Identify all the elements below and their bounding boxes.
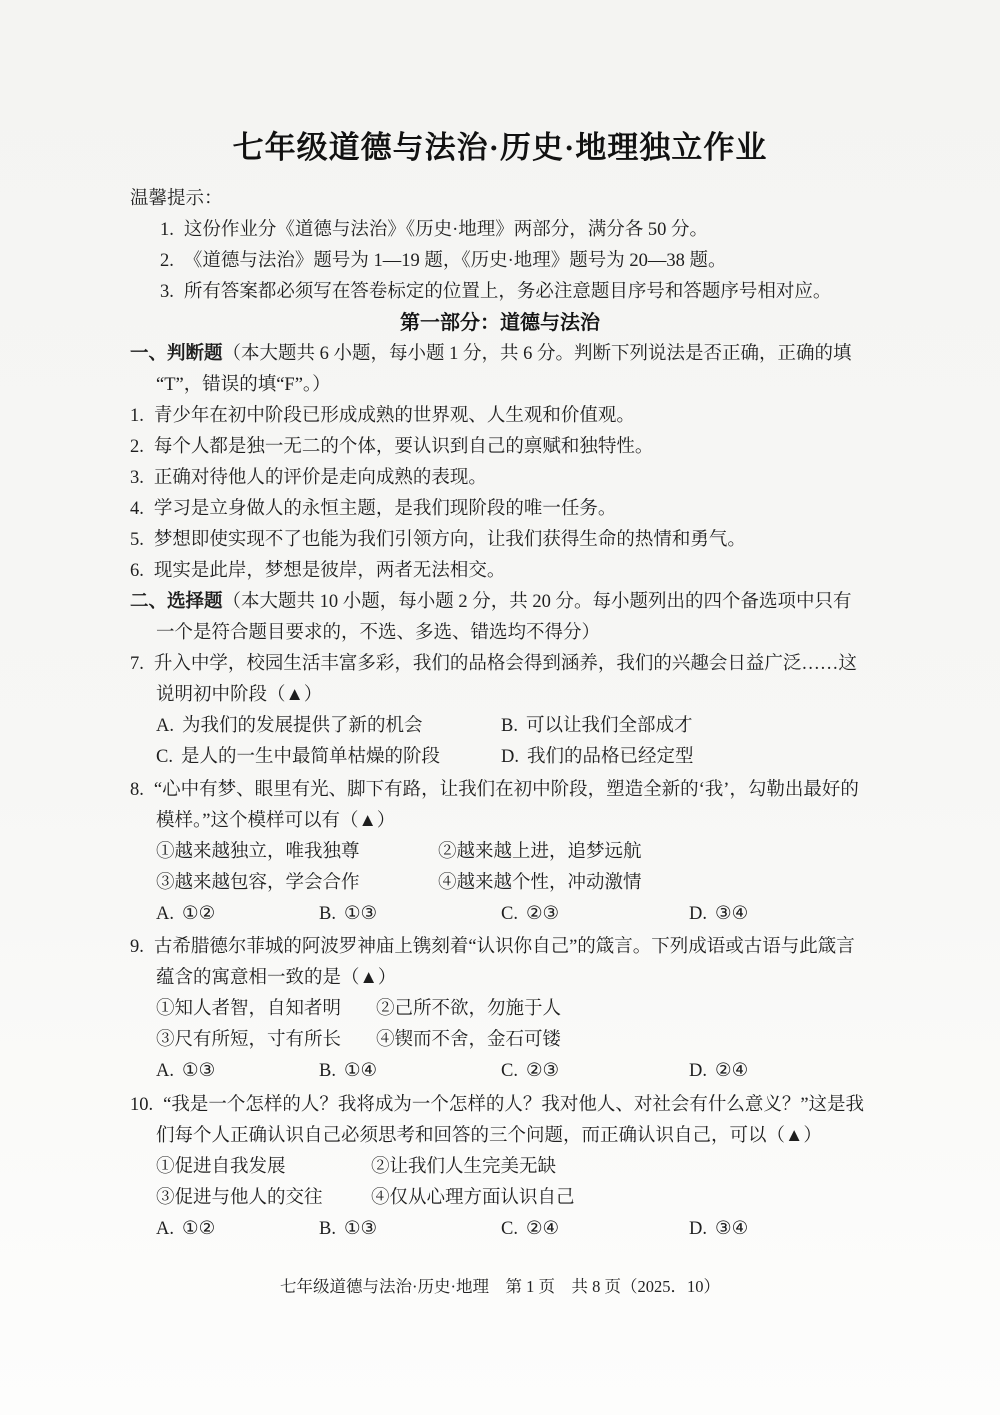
- page-title: 七年级道德与法治·历史·地理独立作业: [130, 126, 870, 170]
- option-text: ①②: [182, 904, 215, 924]
- q9-stem-text: 古希腊德尔菲城的阿波罗神庙上镌刻着“认识你自己”的箴言。下列成语或古语与此箴言蕴…: [154, 937, 855, 988]
- q9-answer-a: A.①③: [156, 1056, 319, 1087]
- q7-options-row-2: C.是人的一生中最简单枯燥的阶段 D.我们的品格已经定型: [130, 742, 870, 773]
- question-number: 6.: [130, 561, 144, 581]
- q8-answer-b: B.①③: [319, 899, 501, 930]
- judge-item-text: 现实是此岸，梦想是彼岸，两者无法相交。: [154, 561, 506, 581]
- q8-stem-text: “心中有梦、眼里有光、脚下有路，让我们在初中阶段，塑造全新的‘我’，勾勒出最好的…: [154, 780, 859, 831]
- judge-item-3: 3.正确对待他人的评价是走向成熟的表现。: [130, 463, 870, 494]
- q8-subitems-row-2: ③越来越包容，学会合作 ④越来越个性，冲动激情: [130, 868, 870, 899]
- notice-item-number: 2.: [160, 251, 174, 271]
- q9-subitem-2: ②己所不欲，勿施于人: [376, 994, 561, 1025]
- question-8: 8.“心中有梦、眼里有光、脚下有路，让我们在初中阶段，塑造全新的‘我’，勾勒出最…: [130, 775, 870, 930]
- q8-subitems-row-1: ①越来越独立，唯我独尊 ②越来越上进，追梦远航: [130, 837, 870, 868]
- q9-subitems-row-2: ③尺有所短，寸有所长 ④锲而不舍，金石可镂: [130, 1025, 870, 1056]
- q9-stem: 9.古希腊德尔菲城的阿波罗神庙上镌刻着“认识你自己”的箴言。下列成语或古语与此箴…: [130, 932, 870, 994]
- q7-stem: 7.升入中学，校园生活丰富多彩，我们的品格会得到涵养，我们的兴趣会日益广泛……这…: [130, 649, 870, 711]
- question-number: 4.: [130, 499, 144, 519]
- choice-section-desc: （本大题共 10 小题，每小题 2 分，共 20 分。每小题列出的四个备选项中只…: [156, 592, 852, 643]
- q9-answer-choices: A.①③ B.①④ C.②③ D.②④: [130, 1056, 870, 1087]
- question-number: 5.: [130, 530, 144, 550]
- q10-stem: 10.“我是一个怎样的人？我将成为一个怎样的人？我对他人、对社会有什么意义？”这…: [130, 1090, 870, 1152]
- judge-item-text: 正确对待他人的评价是走向成熟的表现。: [154, 468, 487, 488]
- notice-label: 温馨提示：: [130, 184, 870, 215]
- notice-item: 1.这份作业分《道德与法治》《历史·地理》两部分，满分各 50 分。: [130, 215, 870, 246]
- notice-item-text: 《道德与法治》题号为 1—19 题，《历史·地理》题号为 20—38 题。: [184, 251, 727, 271]
- option-text: 是人的一生中最简单枯燥的阶段: [181, 747, 440, 767]
- q8-answer-c: C.②③: [501, 899, 689, 930]
- q9-answer-b: B.①④: [319, 1056, 501, 1087]
- notice-item: 2.《道德与法治》题号为 1—19 题，《历史·地理》题号为 20—38 题。: [130, 246, 870, 277]
- notice-item: 3.所有答案都必须写在答卷标定的位置上，务必注意题目序号和答题序号相对应。: [130, 277, 870, 308]
- q8-answer-d: D.③④: [689, 899, 748, 930]
- q10-subitem-4: ④仅从心理方面认识自己: [371, 1183, 575, 1214]
- judge-section-label: 一、判断题: [130, 344, 223, 364]
- option-letter: B.: [319, 904, 336, 924]
- judge-item-1: 1.青少年在初中阶段已形成成熟的世界观、人生观和价值观。: [130, 401, 870, 432]
- question-number: 8.: [130, 780, 144, 800]
- judge-item-text: 青少年在初中阶段已形成成熟的世界观、人生观和价值观。: [154, 406, 635, 426]
- q10-subitem-2: ②让我们人生完美无缺: [371, 1152, 556, 1183]
- option-text: 我们的品格已经定型: [527, 747, 694, 767]
- q9-subitems-row-1: ①知人者智，自知者明 ②己所不欲，勿施于人: [130, 994, 870, 1025]
- option-letter: C.: [501, 1219, 518, 1239]
- question-number: 3.: [130, 468, 144, 488]
- option-text: ②④: [715, 1061, 748, 1081]
- option-text: 为我们的发展提供了新的机会: [182, 716, 423, 736]
- q7-stem-text: 升入中学，校园生活丰富多彩，我们的品格会得到涵养，我们的兴趣会日益广泛……这说明…: [154, 654, 857, 705]
- option-text: ③④: [715, 1219, 748, 1239]
- q9-subitem-3: ③尺有所短，寸有所长: [156, 1025, 376, 1056]
- option-letter: C.: [501, 1061, 518, 1081]
- choice-section-label: 二、选择题: [130, 592, 223, 612]
- option-letter: B.: [501, 716, 518, 736]
- q7-option-b: B.可以让我们全部成才: [501, 711, 692, 742]
- judge-section-desc: （本大题共 6 小题，每小题 1 分，共 6 分。判断下列说法是否正确，正确的填…: [156, 344, 852, 395]
- option-letter: D.: [501, 747, 519, 767]
- option-letter: D.: [689, 1061, 707, 1081]
- option-text: ①③: [344, 904, 377, 924]
- option-text: ③④: [715, 904, 748, 924]
- judge-item-text: 梦想即使实现不了也能为我们引领方向，让我们获得生命的热情和勇气。: [154, 530, 746, 550]
- option-letter: B.: [319, 1061, 336, 1081]
- q8-subitem-3: ③越来越包容，学会合作: [156, 868, 438, 899]
- option-text: ②③: [526, 904, 559, 924]
- notice-item-number: 1.: [160, 220, 174, 240]
- judge-item-5: 5.梦想即使实现不了也能为我们引领方向，让我们获得生命的热情和勇气。: [130, 525, 870, 556]
- judge-item-2: 2.每个人都是独一无二的个体，要认识到自己的禀赋和独特性。: [130, 432, 870, 463]
- question-number: 9.: [130, 937, 144, 957]
- option-letter: A.: [156, 1061, 174, 1081]
- notice-item-text: 这份作业分《道德与法治》《历史·地理》两部分，满分各 50 分。: [184, 220, 708, 240]
- q7-options-row-1: A.为我们的发展提供了新的机会 B.可以让我们全部成才: [130, 711, 870, 742]
- q10-answer-d: D.③④: [689, 1214, 748, 1245]
- question-number: 7.: [130, 654, 144, 674]
- q10-answer-c: C.②④: [501, 1214, 689, 1245]
- option-text: ①②: [182, 1219, 215, 1239]
- option-letter: C.: [156, 747, 173, 767]
- judge-item-6: 6.现实是此岸，梦想是彼岸，两者无法相交。: [130, 556, 870, 587]
- q8-subitem-1: ①越来越独立，唯我独尊: [156, 837, 438, 868]
- choice-intro: 二、选择题（本大题共 10 小题，每小题 2 分，共 20 分。每小题列出的四个…: [130, 587, 870, 649]
- option-letter: D.: [689, 904, 707, 924]
- option-letter: A.: [156, 904, 174, 924]
- judge-intro: 一、判断题（本大题共 6 小题，每小题 1 分，共 6 分。判断下列说法是否正确…: [130, 339, 870, 401]
- option-letter: B.: [319, 1219, 336, 1239]
- option-text: ①③: [344, 1219, 377, 1239]
- q10-stem-text: “我是一个怎样的人？我将成为一个怎样的人？我对他人、对社会有什么意义？”这是我们…: [156, 1095, 864, 1146]
- q9-answer-c: C.②③: [501, 1056, 689, 1087]
- q10-subitem-3: ③促进与他人的交往: [156, 1183, 371, 1214]
- question-7: 7.升入中学，校园生活丰富多彩，我们的品格会得到涵养，我们的兴趣会日益广泛……这…: [130, 649, 870, 773]
- q10-answer-a: A.①②: [156, 1214, 319, 1245]
- notice-item-text: 所有答案都必须写在答卷标定的位置上，务必注意题目序号和答题序号相对应。: [184, 282, 832, 302]
- q10-answer-b: B.①③: [319, 1214, 501, 1245]
- option-text: ②③: [526, 1061, 559, 1081]
- option-text: ①③: [182, 1061, 215, 1081]
- question-number: 2.: [130, 437, 144, 457]
- question-number: 1.: [130, 406, 144, 426]
- judge-item-4: 4.学习是立身做人的永恒主题，是我们现阶段的唯一任务。: [130, 494, 870, 525]
- judge-section: 一、判断题（本大题共 6 小题，每小题 1 分，共 6 分。判断下列说法是否正确…: [130, 339, 870, 587]
- judge-item-text: 学习是立身做人的永恒主题，是我们现阶段的唯一任务。: [154, 499, 617, 519]
- q8-subitem-4: ④越来越个性，冲动激情: [438, 868, 642, 899]
- page-footer: 七年级道德与法治·历史·地理 第 1 页 共 8 页（2025．10）: [130, 1271, 870, 1302]
- question-number: 10.: [130, 1095, 153, 1115]
- question-9: 9.古希腊德尔菲城的阿波罗神庙上镌刻着“认识你自己”的箴言。下列成语或古语与此箴…: [130, 932, 870, 1087]
- q7-option-a: A.为我们的发展提供了新的机会: [156, 711, 501, 742]
- notice-item-number: 3.: [160, 282, 174, 302]
- option-text: ①④: [344, 1061, 377, 1081]
- q10-subitems-row-1: ①促进自我发展 ②让我们人生完美无缺: [130, 1152, 870, 1183]
- q7-option-c: C.是人的一生中最简单枯燥的阶段: [156, 742, 501, 773]
- q10-subitem-1: ①促进自我发展: [156, 1152, 371, 1183]
- q9-subitem-4: ④锲而不舍，金石可镂: [376, 1025, 561, 1056]
- q10-subitems-row-2: ③促进与他人的交往 ④仅从心理方面认识自己: [130, 1183, 870, 1214]
- q10-answer-choices: A.①② B.①③ C.②④ D.③④: [130, 1214, 870, 1245]
- option-letter: D.: [689, 1219, 707, 1239]
- question-10: 10.“我是一个怎样的人？我将成为一个怎样的人？我对他人、对社会有什么意义？”这…: [130, 1090, 870, 1245]
- notice-section: 温馨提示： 1.这份作业分《道德与法治》《历史·地理》两部分，满分各 50 分。…: [130, 184, 870, 308]
- q8-stem: 8.“心中有梦、眼里有光、脚下有路，让我们在初中阶段，塑造全新的‘我’，勾勒出最…: [130, 775, 870, 837]
- q8-answer-choices: A.①② B.①③ C.②③ D.③④: [130, 899, 870, 930]
- option-letter: C.: [501, 904, 518, 924]
- part1-heading: 第一部分：道德与法治: [130, 308, 870, 339]
- q8-answer-a: A.①②: [156, 899, 319, 930]
- q8-subitem-2: ②越来越上进，追梦远航: [438, 837, 642, 868]
- q9-subitem-1: ①知人者智，自知者明: [156, 994, 376, 1025]
- option-letter: A.: [156, 1219, 174, 1239]
- judge-item-text: 每个人都是独一无二的个体，要认识到自己的禀赋和独特性。: [154, 437, 654, 457]
- q7-option-d: D.我们的品格已经定型: [501, 742, 694, 773]
- q9-answer-d: D.②④: [689, 1056, 748, 1087]
- option-text: 可以让我们全部成才: [526, 716, 693, 736]
- exam-paper-page: 七年级道德与法治·历史·地理独立作业 温馨提示： 1.这份作业分《道德与法治》《…: [0, 0, 1000, 1415]
- option-letter: A.: [156, 716, 174, 736]
- option-text: ②④: [526, 1219, 559, 1239]
- choice-section: 二、选择题（本大题共 10 小题，每小题 2 分，共 20 分。每小题列出的四个…: [130, 587, 870, 1245]
